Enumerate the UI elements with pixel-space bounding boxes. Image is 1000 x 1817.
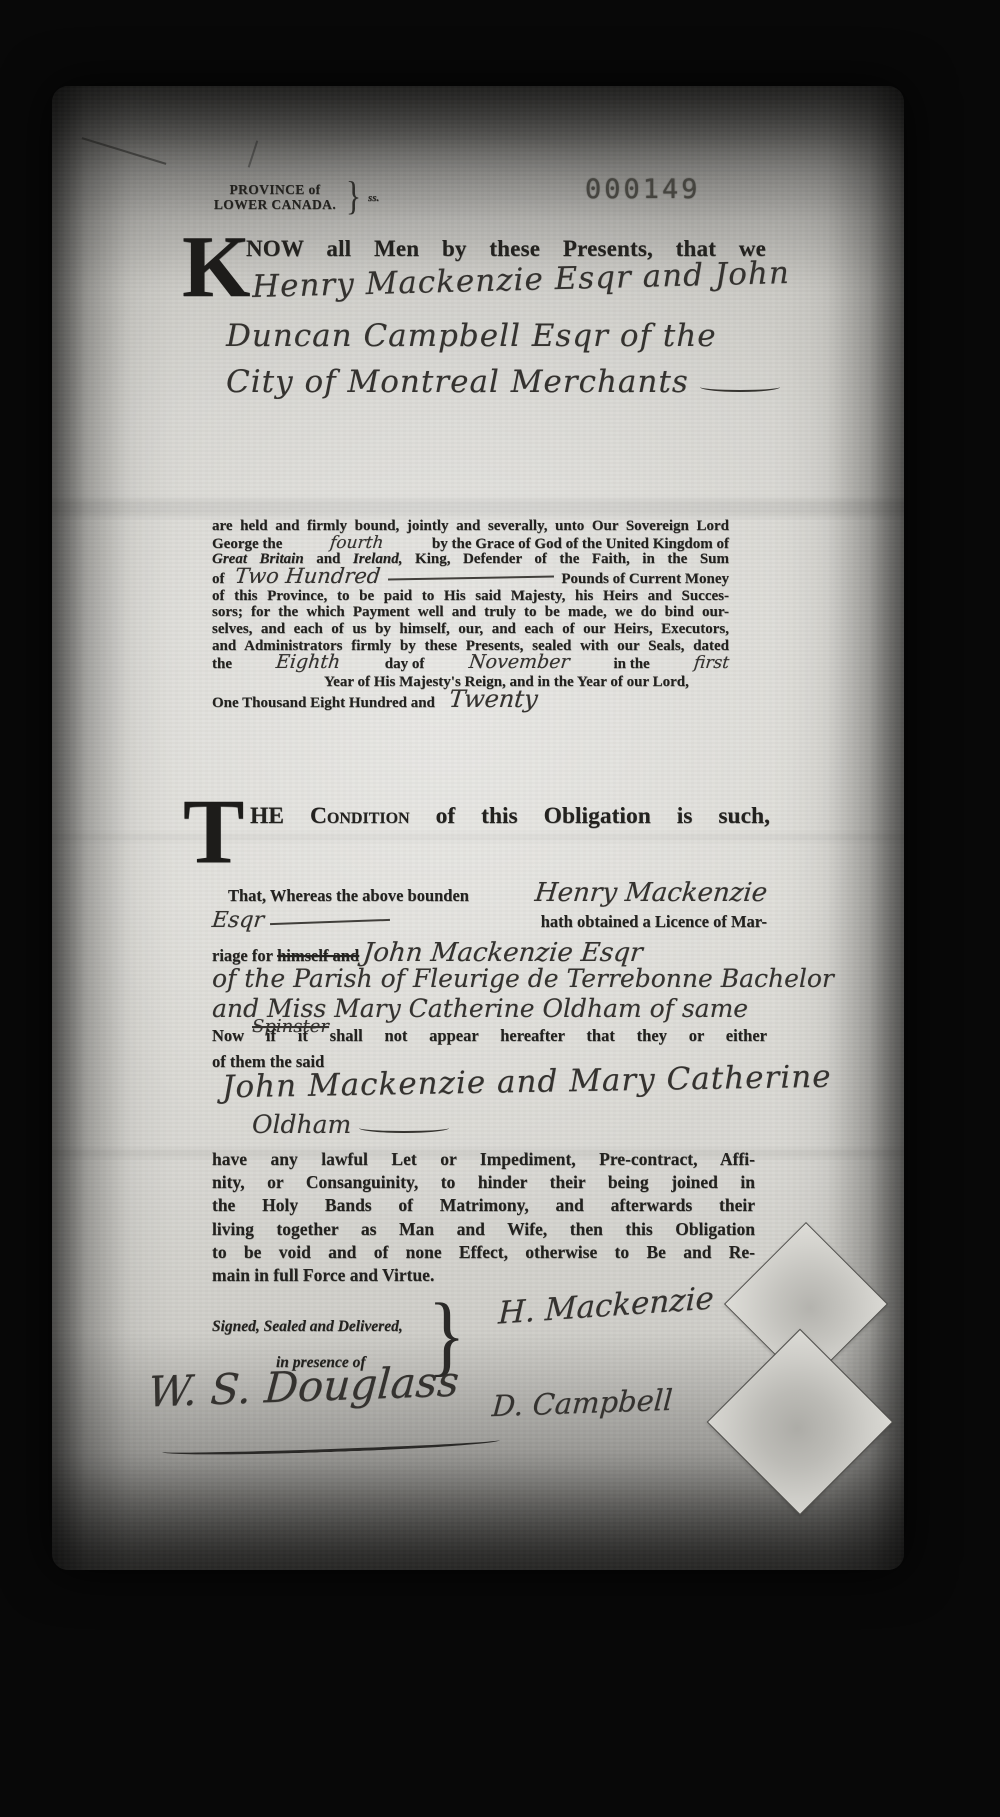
- printed-text: riage for: [212, 946, 273, 965]
- heading-smallcaps: Condition: [310, 803, 410, 829]
- obligation-line-1: are held and firmly bound, jointly and s…: [212, 518, 729, 535]
- printed-text: Pounds of Current Money: [561, 571, 729, 588]
- handwritten-parties-line-3: City of Montreal Merchants: [226, 364, 780, 400]
- signature-d-campbell: D. Campbell: [491, 1383, 674, 1423]
- obligation-line-11: One Thousand Eight Hundred andTwenty: [212, 691, 729, 711]
- jurisdiction-brace: }: [346, 172, 361, 219]
- pen-rule-line: [270, 919, 390, 925]
- handwritten-surname: Oldham: [252, 1110, 351, 1139]
- province-caption: PROVINCE of LOWER CANADA.: [204, 182, 346, 212]
- obligation-line-2: George the fourth by the Grace of God of…: [212, 535, 729, 552]
- printed-text: day of: [385, 656, 425, 673]
- handwritten-month: November: [468, 654, 570, 671]
- closing-line-5: to be void and of none Effect, otherwise…: [212, 1241, 755, 1264]
- printed-struck-text: himself and: [277, 946, 359, 965]
- handwritten-couple-names-line-2: Oldham: [252, 1110, 449, 1139]
- jurisdiction-abbr: ss.: [368, 192, 379, 204]
- closing-line-1: have any lawful Let or Impediment, Pre-c…: [212, 1148, 755, 1171]
- obligation-line-9: the Eighth day of November in the first: [212, 654, 729, 674]
- obligation-line-4: of Two Hundred Pounds of Current Money: [212, 568, 729, 588]
- obligation-paragraph: are held and firmly bound, jointly and s…: [212, 518, 729, 711]
- scanned-document-photo: PROVINCE of LOWER CANADA. } ss. 000149 K…: [0, 0, 1000, 1817]
- condition-closing-paragraph: have any lawful Let or Impediment, Pre-c…: [212, 1148, 755, 1287]
- condition-line-6: Now if it shall not appear hereafter tha…: [212, 1026, 767, 1046]
- pen-flourish: [359, 1123, 449, 1133]
- condition-line-1: That, Whereas the above bounden Henry Ma…: [212, 878, 767, 908]
- printed-text: That, Whereas the above bounden: [212, 886, 469, 906]
- dropcap-letter-k: K: [182, 232, 250, 304]
- stamp-number: 000149: [585, 174, 701, 205]
- handwritten-sum: Two Hundred: [234, 568, 381, 585]
- printed-text: of: [212, 571, 225, 588]
- printed-text: in the: [613, 656, 649, 673]
- printed-text: by the Grace of God of the United Kingdo…: [432, 536, 729, 553]
- handwritten-regnal-name: fourth: [330, 535, 385, 552]
- printed-text: the: [212, 656, 232, 673]
- handwritten-parties-line-3-text: City of Montreal Merchants: [226, 364, 689, 400]
- handwritten-regnal-year: first: [693, 655, 730, 672]
- obligation-line-7: selves, and each of us by himself, our, …: [212, 621, 729, 638]
- closing-line-2: nity, or Consanguinity, to hinder their …: [212, 1171, 755, 1194]
- heading-text: HE: [250, 803, 310, 829]
- province-line-1: PROVINCE of: [204, 182, 346, 197]
- heading-text: of this Obligation is such,: [410, 803, 770, 829]
- province-line-2: LOWER CANADA.: [204, 197, 346, 212]
- handwritten-day: Eighth: [275, 654, 341, 671]
- printed-text: hath obtained a Licence of Mar-: [541, 912, 767, 932]
- dropcap-letter-t: T: [183, 795, 244, 869]
- pen-flourish: [700, 382, 780, 392]
- obligation-line-6: sors; for the which Payment well and tru…: [212, 604, 729, 621]
- handwritten-parties-line-2: Duncan Campbell Esqr of the: [226, 318, 717, 354]
- pen-rule-line: [388, 575, 554, 580]
- condition-line-2: Esqr hath obtained a Licence of Mar-: [212, 908, 767, 933]
- printed-text: King, Defender of the Faith, in the Sum: [415, 551, 729, 567]
- closing-line-3: the Holy Bands of Matrimony, and afterwa…: [212, 1194, 755, 1217]
- handwritten-parish-line: of the Parish of Fleurige de Terrebonne …: [212, 964, 767, 993]
- obligation-line-5: of this Province, to be paid to His said…: [212, 588, 729, 605]
- printed-text: George the: [212, 536, 282, 553]
- handwritten-obligor-name: Henry Mackenzie: [533, 878, 768, 908]
- handwritten-esquire: Esqr: [211, 908, 266, 933]
- printed-text: One Thousand Eight Hundred and: [212, 695, 435, 711]
- handwritten-title-group: Esqr: [212, 908, 390, 933]
- condition-heading: HE Condition of this Obligation is such,: [250, 803, 770, 830]
- closing-line-4: living together as Man and Wife, then th…: [212, 1218, 755, 1241]
- attestation-line-1: Signed, Sealed and Delivered,: [212, 1318, 403, 1336]
- handwritten-year: Twenty: [448, 691, 538, 708]
